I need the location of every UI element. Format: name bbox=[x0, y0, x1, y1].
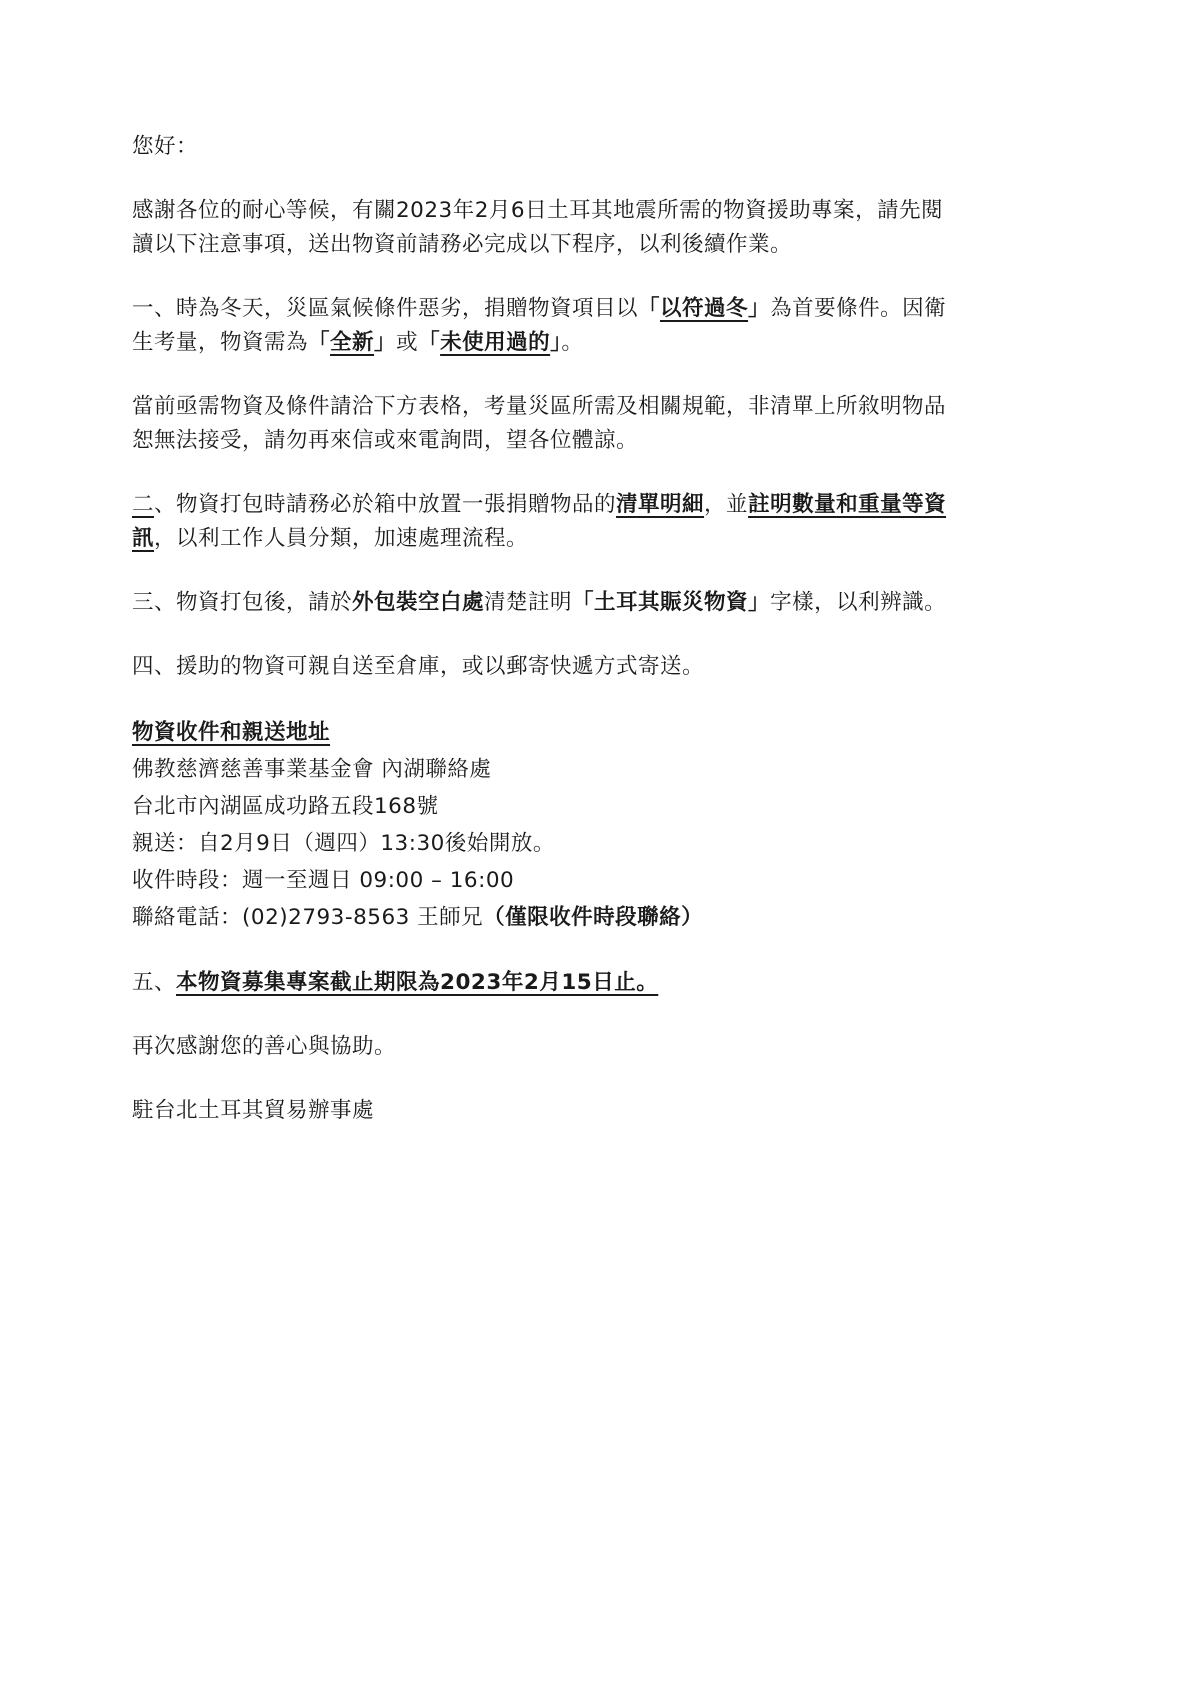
item-2-paragraph: 二、物資打包時請務必於箱中放置一張捐贈物品的清單明細，並註明數量和重量等資訊，以… bbox=[132, 488, 962, 556]
document-page: 您好： 感謝各位的耐心等候，有關2023年2月6日土耳其地震所需的物資援助專案，… bbox=[132, 130, 962, 1128]
item-5-paragraph: 五、本物資募集專案截止期限為2023年2月15日止。 bbox=[132, 966, 962, 1000]
intro-paragraph: 感謝各位的耐心等候，有關2023年2月6日土耳其地震所需的物資援助專案，請先閱讀… bbox=[132, 194, 962, 262]
item-1-paragraph: 一、時為冬天，災區氣候條件惡劣，捐贈物資項目以「以符過冬」為首要條件。因衛生考量… bbox=[132, 292, 962, 360]
address-organization: 佛教慈濟慈善事業基金會 內湖聯絡處 bbox=[132, 751, 962, 788]
receiving-hours: 收件時段：週一至週日 09:00 – 16:00 bbox=[132, 862, 962, 899]
emphasis-brand-new: 全新 bbox=[330, 330, 374, 355]
emphasis-winter: 以符過冬 bbox=[660, 296, 748, 321]
address-street: 台北市內湖區成功路五段168號 bbox=[132, 788, 962, 825]
item-3-paragraph: 三、物資打包後，請於外包裝空白處清楚註明「土耳其賑災物資」字樣，以利辨識。 bbox=[132, 586, 962, 620]
emphasis-outer-package: 外包裝空白處 bbox=[352, 590, 484, 615]
contact-phone: 聯絡電話：(02)2793-8563 王師兄（僅限收件時段聯絡） bbox=[132, 899, 962, 936]
emphasis-unused: 未使用過的 bbox=[440, 330, 550, 355]
greeting: 您好： bbox=[132, 130, 962, 164]
notice-paragraph: 當前亟需物資及條件請洽下方表格，考量災區所需及相關規範，非清單上所敘明物品恕無法… bbox=[132, 390, 962, 458]
item-4-paragraph: 四、援助的物資可親自送至倉庫，或以郵寄快遞方式寄送。 bbox=[132, 650, 962, 684]
signature: 駐台北土耳其貿易辦事處 bbox=[132, 1094, 962, 1128]
dropoff-info: 親送：自2月9日（週四）13:30後始開放。 bbox=[132, 825, 962, 862]
address-heading: 物資收件和親送地址 bbox=[132, 714, 962, 751]
deadline-emphasis: 本物資募集專案截止期限為2023年2月15日止。 bbox=[176, 970, 658, 995]
emphasis-label-text: 「土耳其賑災物資」 bbox=[572, 590, 770, 615]
contact-note: （僅限收件時段聯絡） bbox=[483, 905, 703, 930]
address-block: 物資收件和親送地址 佛教慈濟慈善事業基金會 內湖聯絡處 台北市內湖區成功路五段1… bbox=[132, 714, 962, 936]
emphasis-list-detail: 清單明細 bbox=[616, 492, 704, 517]
thanks-line: 再次感謝您的善心與協助。 bbox=[132, 1030, 962, 1064]
